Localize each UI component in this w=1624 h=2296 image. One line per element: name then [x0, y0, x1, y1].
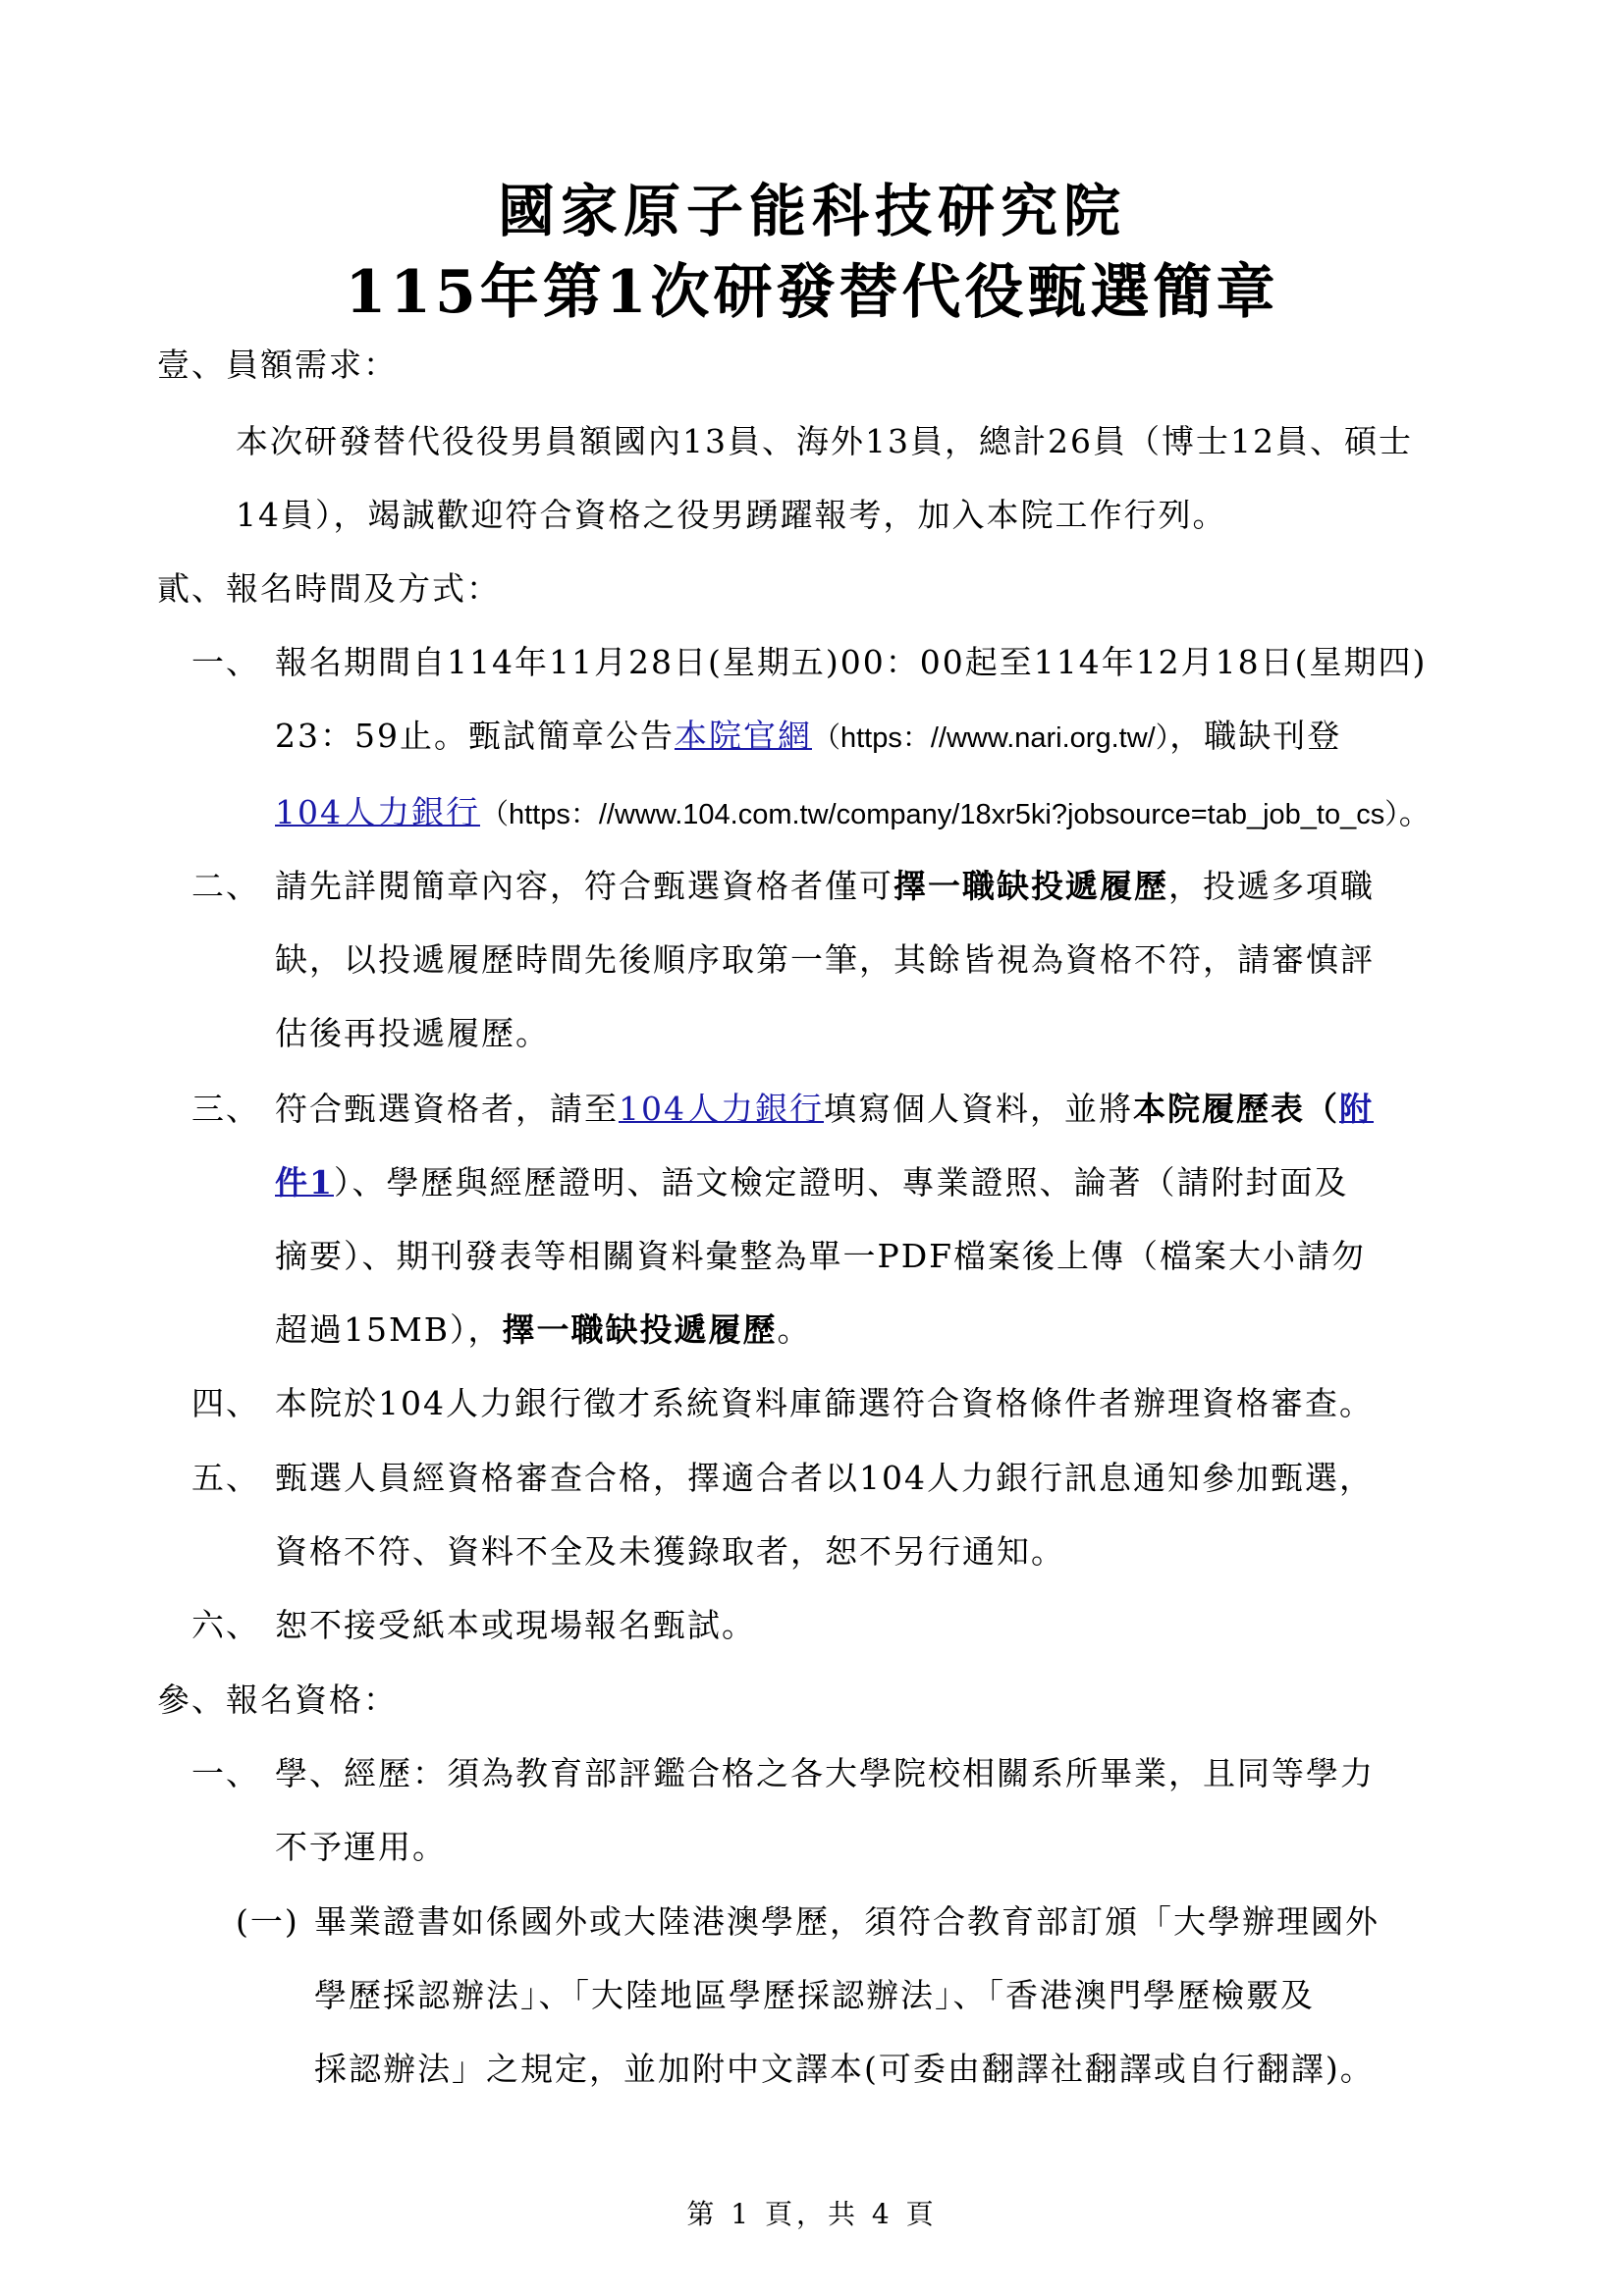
- url-text: （https：//www.104.com.tw/company/18xr5ki?…: [480, 799, 1399, 830]
- sub-list-number: (一): [236, 1902, 299, 1942]
- list-item-text: 學、經歷：須為教育部評鑑合格之各大學院校相關系所畢業，且同等學力: [275, 1754, 1375, 1793]
- page-number-footer: 第 1 頁，共 4 頁: [0, 2193, 1624, 2232]
- sub-list-item-text: 採認辦法」之規定，並加附中文譯本(可委由翻譯社翻譯或自行翻譯)。: [314, 2050, 1375, 2089]
- 104-job-bank-link[interactable]: 104人力銀行: [619, 1090, 824, 1128]
- nari-website-link[interactable]: 本院官網: [675, 717, 812, 755]
- text: 23：59止。甄試簡章公告: [275, 717, 675, 755]
- list-item-text: 資格不符、資料不全及未獲錄取者，恕不另行通知。: [275, 1532, 1065, 1572]
- attachment-1-link[interactable]: 附: [1339, 1090, 1374, 1128]
- url-text: （https：//www.nari.org.tw/）: [812, 722, 1169, 754]
- list-item-text: 甄選人員經資格審查合格，擇適合者以104人力銀行訊息通知參加甄選，: [275, 1459, 1374, 1498]
- document-title-main: 115年第1次研發替代役甄選簡章: [0, 245, 1624, 330]
- text: 符合甄選資格者，請至: [275, 1090, 619, 1128]
- section-heading-1: 壹、員額需求：: [157, 346, 398, 385]
- list-item-text: 估後再投遞履歷。: [275, 1014, 550, 1053]
- list-number: 一、: [191, 643, 260, 682]
- text: 。: [1399, 793, 1434, 831]
- list-number: 三、: [191, 1090, 260, 1129]
- 104-job-bank-link[interactable]: 104人力銀行: [275, 793, 480, 831]
- list-number: 四、: [191, 1384, 260, 1423]
- attachment-1-link[interactable]: 件1: [275, 1163, 334, 1201]
- list-number: 六、: [191, 1606, 260, 1645]
- paragraph-line: 14員），竭誠歡迎符合資格之役男踴躍報考，加入本院工作行列。: [236, 496, 1227, 535]
- list-item-text: 恕不接受紙本或現場報名甄試。: [275, 1606, 756, 1645]
- sub-list-item-text: 學歷採認辦法」、「大陸地區學歷採認辦法」、「香港澳門學歷檢覈及: [314, 1976, 1315, 2015]
- list-item-text: 不予運用。: [275, 1828, 447, 1867]
- section-heading-3: 參、報名資格：: [157, 1681, 398, 1720]
- paragraph-line: 本次研發替代役役男員額國內13員、海外13員，總計26員（博士12員、碩士: [236, 422, 1413, 461]
- list-item-text: 報名期間自114年11月28日(星期五)00：00起至114年12月18日(星期…: [275, 643, 1427, 682]
- list-number: 二、: [191, 867, 260, 906]
- text: 請先詳閱簡章內容，符合甄選資格者僅可: [275, 867, 893, 905]
- section-heading-2: 貳、報名時間及方式：: [157, 569, 501, 609]
- bold-text: 本院履歷表（: [1133, 1090, 1339, 1128]
- document-title-org: 國家原子能科技研究院: [0, 165, 1624, 247]
- list-item-text: 104人力銀行（https：//www.104.com.tw/company/1…: [275, 793, 1434, 834]
- list-item-text: 符合甄選資格者，請至104人力銀行填寫個人資料，並將本院履歷表（附: [275, 1090, 1374, 1129]
- list-item-text: 本院於104人力銀行徵才系統資料庫篩選符合資格條件者辦理資格審查。: [275, 1384, 1374, 1423]
- list-item-text: 請先詳閱簡章內容，符合甄選資格者僅可擇一職缺投遞履歷，投遞多項職: [275, 867, 1375, 906]
- list-item-text: 超過15MB），擇一職缺投遞履歷。: [275, 1310, 812, 1350]
- sub-list-item-text: 畢業證書如係國外或大陸港澳學歷，須符合教育部訂頒「大學辦理國外: [314, 1902, 1380, 1942]
- list-number: 一、: [191, 1754, 260, 1793]
- text: ，職缺刊登: [1169, 717, 1341, 755]
- bold-text: 擇一職缺投遞履歷: [893, 867, 1168, 905]
- list-number: 五、: [191, 1459, 260, 1498]
- text: ，投遞多項職: [1168, 867, 1375, 905]
- text: 填寫個人資料，並將: [824, 1090, 1133, 1128]
- text: 。: [778, 1310, 812, 1349]
- list-item-text: 件1）、學歷與經歷證明、語文檢定證明、專業證照、論著（請附封面及: [275, 1163, 1348, 1202]
- list-item-text: 摘要）、期刊發表等相關資料彙整為單一PDF檔案後上傳（檔案大小請勿: [275, 1237, 1366, 1276]
- bold-text: 擇一職缺投遞履歷: [503, 1310, 778, 1349]
- text: ）、學歷與經歷證明、語文檢定證明、專業證照、論著（請附封面及: [334, 1163, 1349, 1201]
- text: 超過15MB），: [275, 1310, 503, 1349]
- list-item-text: 缺，以投遞履歷時間先後順序取第一筆，其餘皆視為資格不符，請審慎評: [275, 940, 1375, 980]
- list-item-text: 23：59止。甄試簡章公告本院官網（https：//www.nari.org.t…: [275, 717, 1341, 758]
